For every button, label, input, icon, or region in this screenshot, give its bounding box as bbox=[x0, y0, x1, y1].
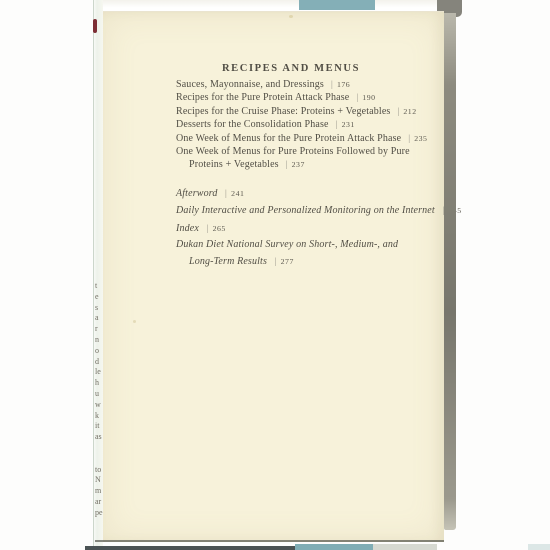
separator: | bbox=[356, 91, 358, 104]
toc-entry: Recipes for the Pure Protein Attack Phas… bbox=[176, 91, 420, 104]
bottom-cover-gray-strip bbox=[373, 544, 437, 550]
paper-speck bbox=[133, 320, 136, 323]
book-photo: RECIPES AND MENUS Sauces, Mayonnaise, an… bbox=[0, 0, 550, 550]
bottom-cover-teal-strip bbox=[295, 544, 373, 550]
toc-entry-title: One Week of Menus for Pure Proteins Foll… bbox=[176, 146, 410, 157]
toc-entry-title: Recipes for the Pure Protein Attack Phas… bbox=[176, 92, 349, 103]
separator: | bbox=[408, 132, 410, 145]
toc-entry-wrap-first: Dukan Diet National Survey on Short-, Me… bbox=[176, 237, 420, 253]
page-number: 241 bbox=[231, 189, 244, 198]
toc-roman-section: Sauces, Mayonnaise, and Dressings|176 Re… bbox=[176, 78, 420, 172]
bottom-cover-light-teal-strip bbox=[528, 544, 550, 550]
paper-speck bbox=[289, 15, 293, 18]
section-heading: RECIPES AND MENUS bbox=[176, 62, 420, 76]
toc-entry: Afterword|241 bbox=[176, 185, 420, 202]
toc-entry-title: Afterword bbox=[176, 188, 218, 199]
toc-entry: Sauces, Mayonnaise, and Dressings|176 bbox=[176, 78, 420, 91]
separator: | bbox=[225, 185, 228, 201]
toc-entry-title: Proteins + Vegetables bbox=[189, 159, 279, 170]
toc-italic-section: Afterword|241 Daily Interactive and Pers… bbox=[176, 185, 420, 271]
toc-entry-title: Long-Term Results bbox=[189, 256, 267, 267]
underlying-page-text-fragments: t e s a r n o d le h u w k it as to N m … bbox=[95, 281, 105, 533]
separator: | bbox=[206, 220, 209, 236]
separator: | bbox=[286, 158, 288, 171]
page-number: 237 bbox=[292, 160, 305, 169]
page-number: 265 bbox=[213, 224, 226, 233]
page-block-right-edge bbox=[444, 13, 456, 530]
toc-entry-title: Dukan Diet National Survey on Short-, Me… bbox=[176, 239, 398, 250]
page-number: 235 bbox=[414, 134, 427, 143]
toc-entry-title: Recipes for the Cruise Phase: Proteins +… bbox=[176, 106, 390, 117]
toc-entry-title: Desserts for the Consolidation Phase bbox=[176, 119, 329, 130]
toc-entry: Daily Interactive and Personalized Monit… bbox=[176, 202, 420, 219]
toc-entry: Index|265 bbox=[176, 220, 420, 237]
toc-entry: One Week of Menus for the Pure Protein A… bbox=[176, 132, 420, 145]
toc-entry-wrap-first: One Week of Menus for Pure Proteins Foll… bbox=[176, 145, 420, 158]
cover-teal-top-edge bbox=[299, 0, 375, 10]
bottom-cover-dark-strip bbox=[85, 546, 295, 550]
page-number: 231 bbox=[342, 120, 355, 129]
separator: | bbox=[397, 105, 399, 118]
toc-entry-title: Daily Interactive and Personalized Monit… bbox=[176, 205, 435, 216]
toc-entry-title: One Week of Menus for the Pure Protein A… bbox=[176, 133, 401, 144]
page-number: 277 bbox=[281, 257, 294, 266]
toc-entry-title: Sauces, Mayonnaise, and Dressings bbox=[176, 79, 324, 90]
toc-entry-wrap-second: Long-Term Results|277 bbox=[176, 253, 420, 270]
toc-entry: Recipes for the Cruise Phase: Proteins +… bbox=[176, 105, 420, 118]
toc-entry-title: Index bbox=[176, 223, 199, 234]
page-number: 212 bbox=[403, 107, 416, 116]
toc-entry: Desserts for the Consolidation Phase|231 bbox=[176, 118, 420, 131]
separator: | bbox=[331, 78, 333, 91]
red-ink-speck bbox=[93, 19, 97, 33]
page-number: 190 bbox=[362, 93, 375, 102]
page-block-top-edge bbox=[103, 0, 444, 11]
separator: | bbox=[336, 118, 338, 131]
book-page: RECIPES AND MENUS Sauces, Mayonnaise, an… bbox=[103, 11, 444, 542]
page-bottom-shadow bbox=[95, 540, 444, 542]
toc-entry-wrap-second: Proteins + Vegetables|237 bbox=[176, 158, 420, 171]
table-of-contents: RECIPES AND MENUS Sauces, Mayonnaise, an… bbox=[176, 62, 420, 271]
page-number: 176 bbox=[337, 80, 350, 89]
separator: | bbox=[274, 253, 277, 269]
